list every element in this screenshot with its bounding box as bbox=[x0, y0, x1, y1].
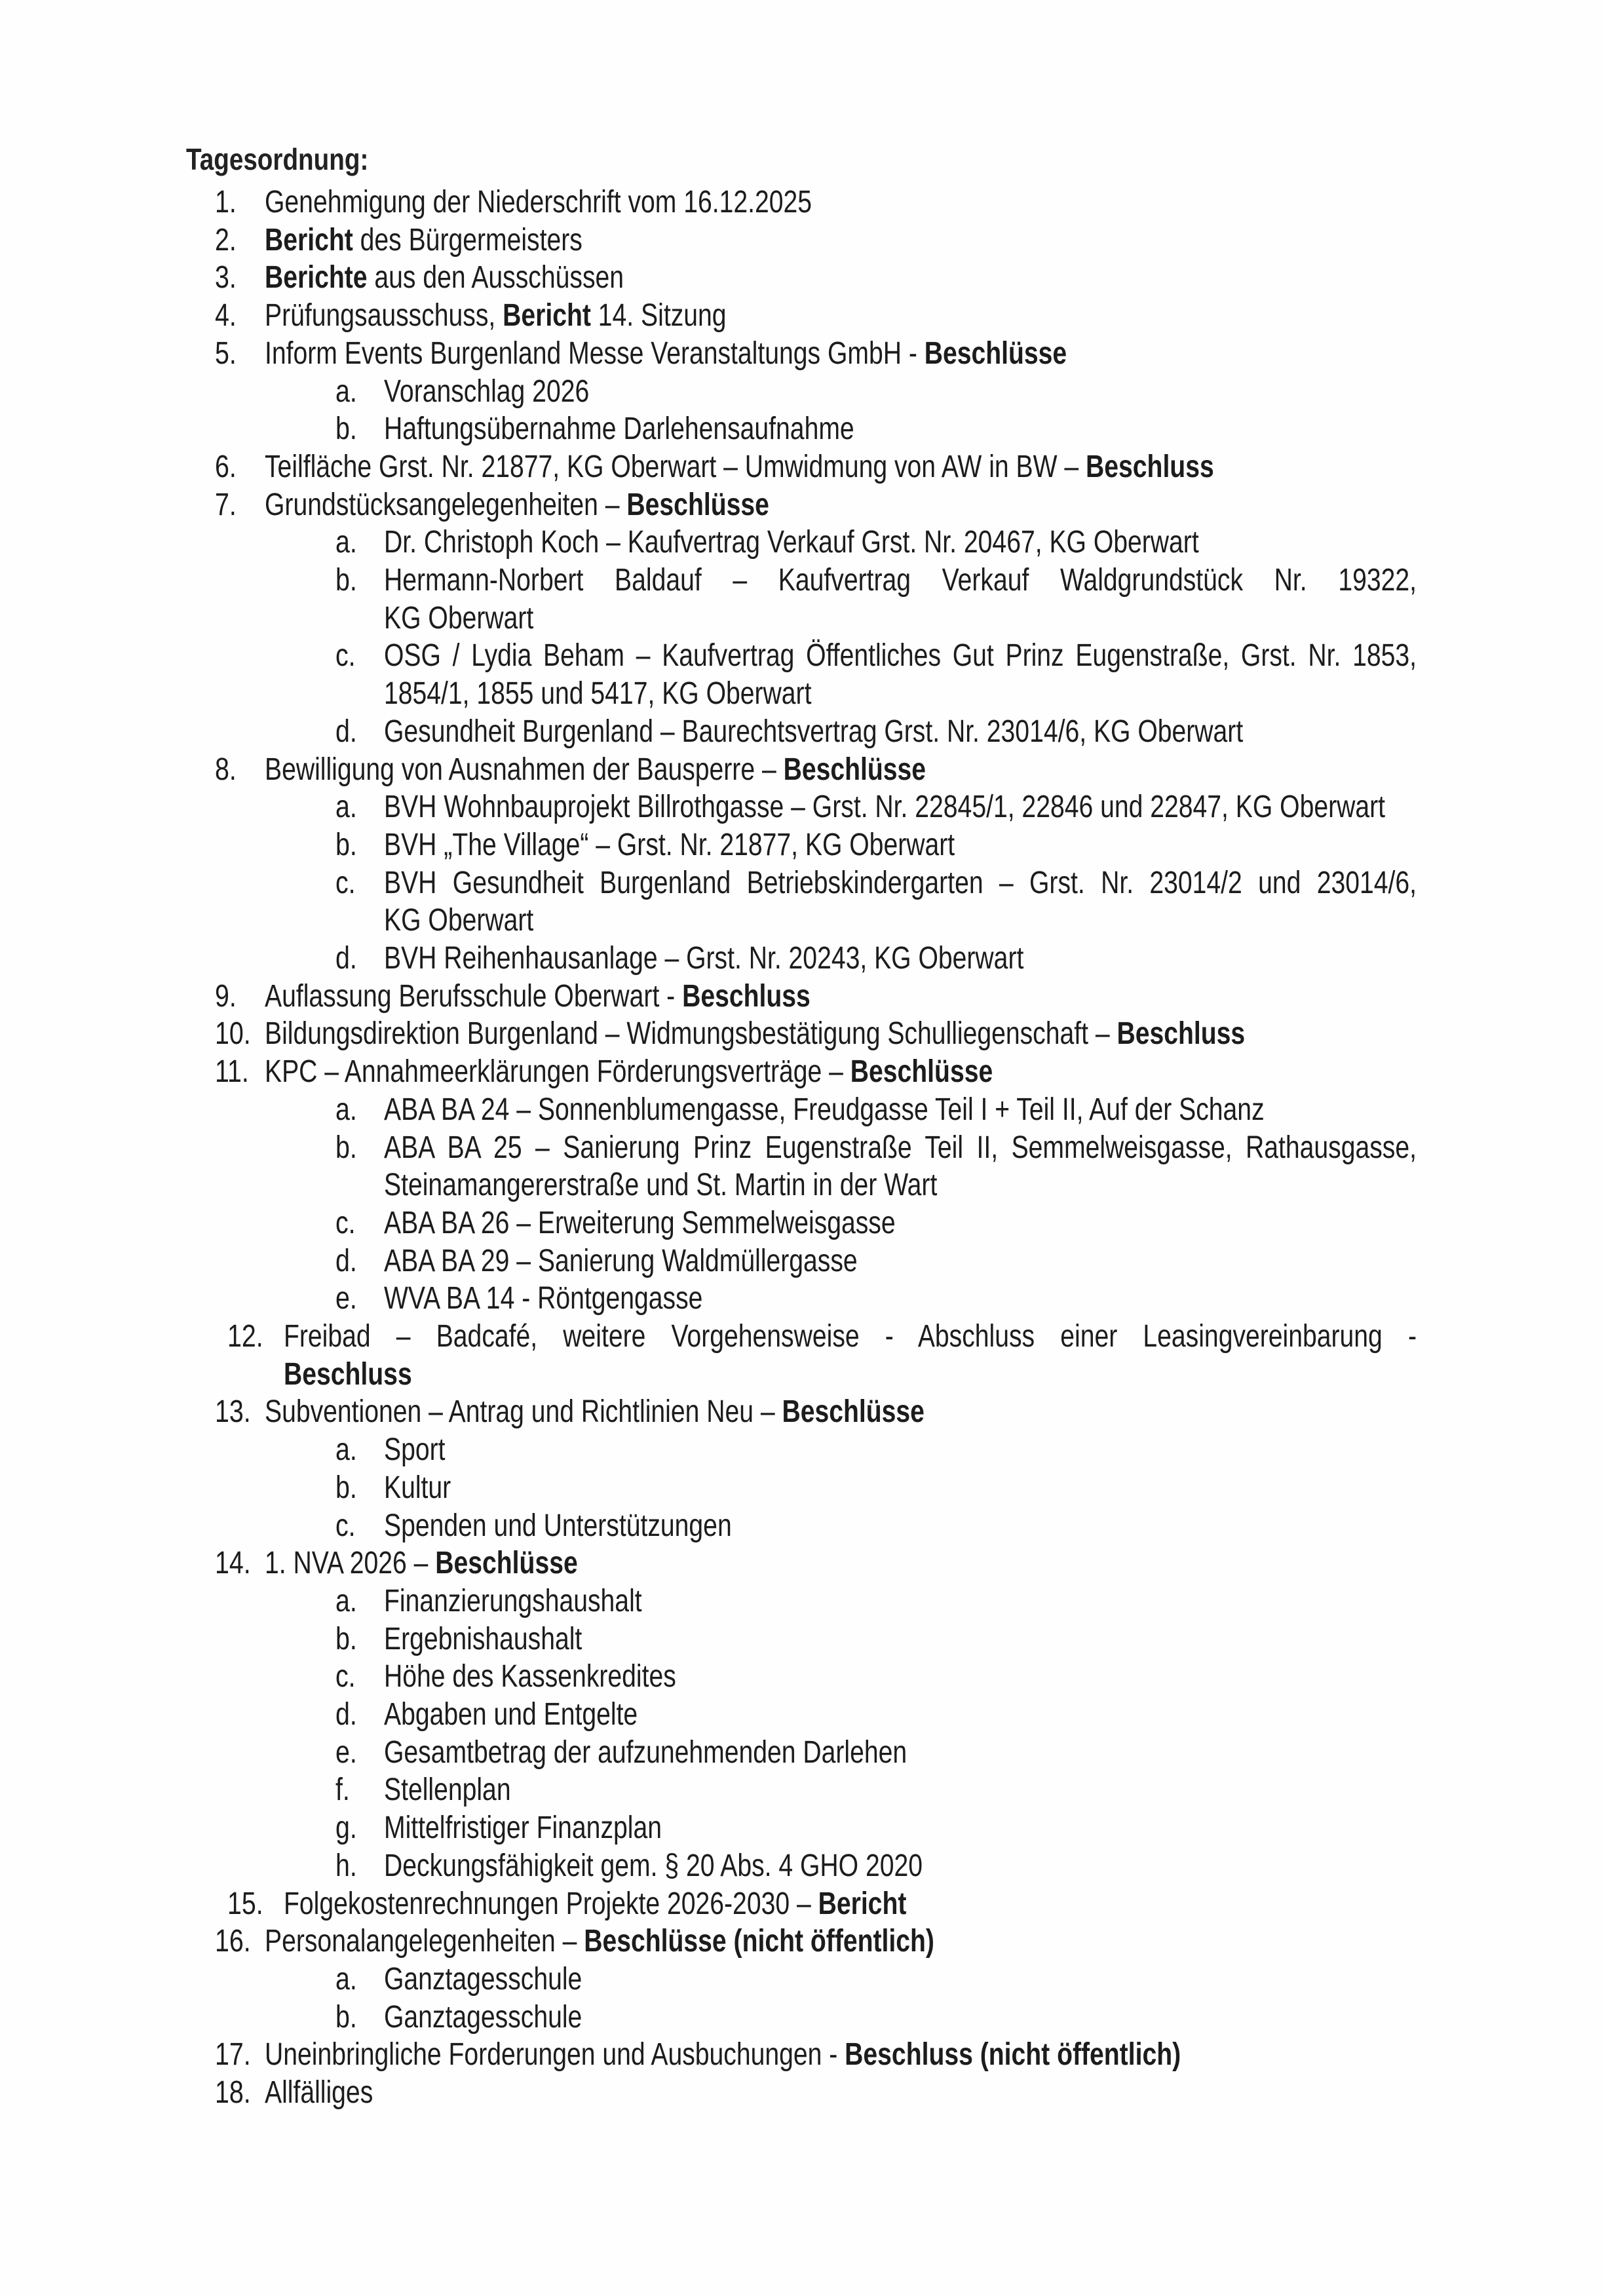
text-segment: Sport bbox=[384, 1432, 446, 1467]
item-number: 10. bbox=[215, 1015, 251, 1053]
item-number: b. bbox=[335, 562, 357, 600]
item-number: c. bbox=[335, 1204, 356, 1242]
decision-type: Beschluss bbox=[284, 1357, 412, 1392]
text-segment: Allfälliges bbox=[265, 2075, 373, 2110]
text-segment: Steinamangererstraße und St. Martin in d… bbox=[384, 1168, 937, 1202]
item-text: Grundstücksangelegenheiten – Beschlüsse bbox=[265, 486, 769, 524]
item-number: b. bbox=[335, 826, 357, 864]
text-segment: Kultur bbox=[384, 1470, 451, 1505]
item-text: ABA BA 25 – Sanierung Prinz Eugenstraße … bbox=[384, 1129, 1417, 1167]
item-text: OSG / Lydia Beham – Kaufvertrag Öffentli… bbox=[384, 637, 1417, 675]
text-segment: Abgaben und Entgelte bbox=[384, 1697, 638, 1732]
item-text: Haftungsübernahme Darlehensaufnahme bbox=[384, 410, 854, 448]
text-segment: 1. NVA 2026 – bbox=[265, 1546, 435, 1580]
text-segment: Folgekostenrechnungen Projekte 2026-2030… bbox=[284, 1886, 818, 1921]
text-segment: Ganztagesschule bbox=[384, 1962, 582, 1997]
text-segment: BVH Reihenhausanlage – Grst. Nr. 20243, … bbox=[384, 941, 1023, 976]
item-number: b. bbox=[335, 1129, 357, 1167]
item-text: Kultur bbox=[384, 1469, 451, 1507]
item-text: Spenden und Unterstützungen bbox=[384, 1507, 732, 1545]
text-segment: Spenden und Unterstützungen bbox=[384, 1508, 732, 1543]
item-number: 15. bbox=[227, 1885, 263, 1923]
text-segment: ABA BA 26 – Erweiterung Semmelweisgasse bbox=[384, 1206, 896, 1240]
text-segment: Haftungsübernahme Darlehensaufnahme bbox=[384, 411, 854, 446]
text-segment: Prüfungsausschuss, bbox=[265, 298, 503, 333]
item-number: a. bbox=[335, 788, 357, 826]
item-text: Uneinbringliche Forderungen und Ausbuchu… bbox=[265, 2036, 1181, 2074]
decision-type: Beschlüsse bbox=[784, 752, 926, 787]
item-text: Abgaben und Entgelte bbox=[384, 1696, 638, 1734]
item-text: Ergebnishaushalt bbox=[384, 1620, 582, 1658]
text-segment: BVH „The Village“ – Grst. Nr. 21877, KG … bbox=[384, 828, 955, 862]
item-text: Bewilligung von Ausnahmen der Bausperre … bbox=[265, 751, 926, 789]
item-number: 1. bbox=[215, 183, 237, 221]
text-segment: ABA BA 29 – Sanierung Waldmüllergasse bbox=[384, 1244, 858, 1278]
text-segment: KPC – Annahmeerklärungen Förderungsvertr… bbox=[265, 1054, 850, 1089]
item-number: b. bbox=[335, 1620, 357, 1658]
item-number: b. bbox=[335, 1469, 357, 1507]
item-number: 16. bbox=[215, 1923, 251, 1961]
text-segment: KG Oberwart bbox=[384, 903, 533, 938]
decision-type: Beschlüsse bbox=[435, 1546, 577, 1580]
item-text: ABA BA 29 – Sanierung Waldmüllergasse bbox=[384, 1242, 858, 1280]
item-text: Hermann-Norbert Baldauf – Kaufvertrag Ve… bbox=[384, 562, 1417, 600]
item-text: Deckungsfähigkeit gem. § 20 Abs. 4 GHO 2… bbox=[384, 1847, 923, 1885]
text-segment: Bewilligung von Ausnahmen der Bausperre … bbox=[265, 752, 784, 787]
item-text: Freibad – Badcafé, weitere Vorgehensweis… bbox=[284, 1318, 1417, 1356]
text-segment: aus den Ausschüssen bbox=[368, 260, 624, 295]
item-text: Folgekostenrechnungen Projekte 2026-2030… bbox=[284, 1885, 906, 1923]
item-text: 1. NVA 2026 – Beschlüsse bbox=[265, 1544, 578, 1582]
text-segment: OSG / Lydia Beham – Kaufvertrag Öffentli… bbox=[384, 638, 1417, 673]
item-text: Gesamtbetrag der aufzunehmenden Darlehen bbox=[384, 1734, 907, 1772]
item-text: Subventionen – Antrag und Richtlinien Ne… bbox=[265, 1393, 925, 1431]
item-text: BVH Reihenhausanlage – Grst. Nr. 20243, … bbox=[384, 940, 1023, 978]
text-segment: Auflassung Berufsschule Oberwart - bbox=[265, 979, 682, 1014]
item-number: b. bbox=[335, 410, 357, 448]
item-number: a. bbox=[335, 1091, 357, 1129]
item-number: 5. bbox=[215, 335, 237, 373]
item-number: d. bbox=[335, 1242, 357, 1280]
item-number: 12. bbox=[227, 1318, 263, 1356]
item-text: Dr. Christoph Koch – Kaufvertrag Verkauf… bbox=[384, 524, 1199, 562]
item-number: f. bbox=[335, 1771, 350, 1809]
item-number: g. bbox=[335, 1809, 357, 1847]
item-text: Voranschlag 2026 bbox=[384, 373, 589, 411]
text-segment: 1854/1, 1855 und 5417, KG Oberwart bbox=[384, 676, 811, 711]
decision-type: Bericht bbox=[265, 223, 353, 258]
item-text: Genehmigung der Niederschrift vom 16.12.… bbox=[265, 183, 812, 221]
decision-type: Beschlüsse bbox=[626, 488, 769, 522]
text-segment: Dr. Christoph Koch – Kaufvertrag Verkauf… bbox=[384, 525, 1199, 560]
item-number: c. bbox=[335, 1507, 356, 1545]
text-segment: Teilfläche Grst. Nr. 21877, KG Oberwart … bbox=[265, 450, 1086, 484]
item-text: ABA BA 24 – Sonnenblumengasse, Freudgass… bbox=[384, 1091, 1265, 1129]
text-segment: Genehmigung der Niederschrift vom 16.12.… bbox=[265, 185, 812, 220]
item-number: a. bbox=[335, 524, 357, 562]
item-text: BVH „The Village“ – Grst. Nr. 21877, KG … bbox=[384, 826, 955, 864]
decision-type: Beschlüsse bbox=[850, 1054, 993, 1089]
item-text: Prüfungsausschuss, Bericht 14. Sitzung bbox=[265, 297, 727, 335]
decision-type: Beschlüsse bbox=[782, 1394, 924, 1429]
item-number: d. bbox=[335, 713, 357, 751]
item-number: 7. bbox=[215, 486, 237, 524]
decision-type: Beschluss bbox=[682, 979, 811, 1014]
text-segment: Stellenplan bbox=[384, 1772, 511, 1807]
item-text: Ganztagesschule bbox=[384, 1961, 582, 1999]
decision-type: Beschluss (nicht öffentlich) bbox=[845, 2037, 1181, 2072]
text-segment: Hermann-Norbert Baldauf – Kaufvertrag Ve… bbox=[384, 563, 1417, 598]
item-number: c. bbox=[335, 864, 356, 902]
item-text: Bericht des Bürgermeisters bbox=[265, 221, 582, 259]
item-number: 13. bbox=[215, 1393, 251, 1431]
item-text: KG Oberwart bbox=[384, 902, 533, 940]
item-text: Finanzierungshaushalt bbox=[384, 1582, 642, 1620]
decision-type: Beschluss bbox=[1117, 1016, 1245, 1051]
item-text: Stellenplan bbox=[384, 1771, 511, 1809]
item-number: h. bbox=[335, 1847, 357, 1885]
document-page: Tagesordnung: 1.Genehmigung der Niedersc… bbox=[0, 0, 1604, 2296]
item-text: BVH Wohnbauprojekt Billrothgasse – Grst.… bbox=[384, 788, 1385, 826]
item-text: Berichte aus den Ausschüssen bbox=[265, 259, 624, 297]
text-segment: Höhe des Kassenkredites bbox=[384, 1659, 676, 1694]
item-text: Teilfläche Grst. Nr. 21877, KG Oberwart … bbox=[265, 448, 1214, 486]
item-number: a. bbox=[335, 1431, 357, 1469]
item-number: 9. bbox=[215, 978, 237, 1016]
text-segment: BVH Gesundheit Burgenland Betriebskinder… bbox=[384, 866, 1417, 900]
text-segment: KG Oberwart bbox=[384, 601, 533, 636]
item-number: 8. bbox=[215, 751, 237, 789]
text-segment: Voranschlag 2026 bbox=[384, 374, 589, 409]
item-number: a. bbox=[335, 1582, 357, 1620]
item-number: d. bbox=[335, 940, 357, 978]
item-text: Mittelfristiger Finanzplan bbox=[384, 1809, 662, 1847]
item-text: Sport bbox=[384, 1431, 446, 1469]
item-text: 1854/1, 1855 und 5417, KG Oberwart bbox=[384, 675, 811, 713]
item-text: Bildungsdirektion Burgenland – Widmungsb… bbox=[265, 1015, 1245, 1053]
text-segment: Grundstücksangelegenheiten – bbox=[265, 488, 626, 522]
item-number: 18. bbox=[215, 2074, 251, 2112]
decision-type: Berichte bbox=[265, 260, 368, 295]
item-number: d. bbox=[335, 1696, 357, 1734]
text-segment: Ergebnishaushalt bbox=[384, 1622, 582, 1656]
agenda-heading: Tagesordnung: bbox=[186, 142, 368, 177]
item-number: 6. bbox=[215, 448, 237, 486]
item-text: Inform Events Burgenland Messe Veranstal… bbox=[265, 335, 1067, 373]
decision-type: Bericht bbox=[503, 298, 591, 333]
item-text: Höhe des Kassenkredites bbox=[384, 1658, 676, 1696]
text-segment: Uneinbringliche Forderungen und Ausbuchu… bbox=[265, 2037, 845, 2072]
text-segment: Gesamtbetrag der aufzunehmenden Darlehen bbox=[384, 1735, 907, 1770]
item-number: e. bbox=[335, 1734, 357, 1772]
item-text: BVH Gesundheit Burgenland Betriebskinder… bbox=[384, 864, 1417, 902]
item-number: a. bbox=[335, 1961, 357, 1999]
item-number: c. bbox=[335, 637, 356, 675]
text-segment: Finanzierungshaushalt bbox=[384, 1584, 642, 1618]
decision-type: Beschlüsse bbox=[925, 336, 1067, 371]
item-number: b. bbox=[335, 1999, 357, 2037]
item-text: KG Oberwart bbox=[384, 600, 533, 638]
item-number: 11. bbox=[215, 1053, 249, 1091]
item-number: e. bbox=[335, 1280, 357, 1318]
decision-type: Bericht bbox=[818, 1886, 907, 1921]
text-segment: 14. Sitzung bbox=[591, 298, 727, 333]
item-text: Personalangelegenheiten – Beschlüsse (ni… bbox=[265, 1923, 934, 1961]
text-segment: Freibad – Badcafé, weitere Vorgehensweis… bbox=[284, 1319, 1417, 1354]
item-number: c. bbox=[335, 1658, 356, 1696]
text-segment: Personalangelegenheiten – bbox=[265, 1924, 584, 1959]
text-segment: BVH Wohnbauprojekt Billrothgasse – Grst.… bbox=[384, 790, 1385, 824]
decision-type: Beschluss bbox=[1086, 450, 1214, 484]
item-number: a. bbox=[335, 373, 357, 411]
decision-type: Beschlüsse (nicht öffentlich) bbox=[584, 1924, 934, 1959]
item-text: Ganztagesschule bbox=[384, 1999, 582, 2037]
item-text: Steinamangererstraße und St. Martin in d… bbox=[384, 1166, 937, 1204]
text-segment: Inform Events Burgenland Messe Veranstal… bbox=[265, 336, 925, 371]
text-segment: des Bürgermeisters bbox=[353, 223, 582, 258]
item-number: 17. bbox=[215, 2036, 251, 2074]
item-text: Gesundheit Burgenland – Baurechtsvertrag… bbox=[384, 713, 1243, 751]
text-segment: Mittelfristiger Finanzplan bbox=[384, 1810, 662, 1845]
text-segment: WVA BA 14 - Röntgengasse bbox=[384, 1281, 702, 1316]
item-text: KPC – Annahmeerklärungen Förderungsvertr… bbox=[265, 1053, 993, 1091]
item-number: 14. bbox=[215, 1544, 251, 1582]
text-segment: Subventionen – Antrag und Richtlinien Ne… bbox=[265, 1394, 782, 1429]
item-text: Auflassung Berufsschule Oberwart - Besch… bbox=[265, 978, 811, 1016]
item-text: Allfälliges bbox=[265, 2074, 373, 2112]
text-segment: Bildungsdirektion Burgenland – Widmungsb… bbox=[265, 1016, 1117, 1051]
text-segment: Ganztagesschule bbox=[384, 2000, 582, 2035]
text-segment: ABA BA 24 – Sonnenblumengasse, Freudgass… bbox=[384, 1092, 1265, 1127]
item-text: WVA BA 14 - Röntgengasse bbox=[384, 1280, 702, 1318]
text-segment: Gesundheit Burgenland – Baurechtsvertrag… bbox=[384, 714, 1243, 749]
item-number: 4. bbox=[215, 297, 237, 335]
item-text: Beschluss bbox=[284, 1356, 412, 1394]
item-number: 2. bbox=[215, 221, 237, 259]
text-segment: ABA BA 25 – Sanierung Prinz Eugenstraße … bbox=[384, 1130, 1417, 1165]
item-number: 3. bbox=[215, 259, 237, 297]
text-segment: Deckungsfähigkeit gem. § 20 Abs. 4 GHO 2… bbox=[384, 1848, 923, 1883]
item-text: ABA BA 26 – Erweiterung Semmelweisgasse bbox=[384, 1204, 896, 1242]
